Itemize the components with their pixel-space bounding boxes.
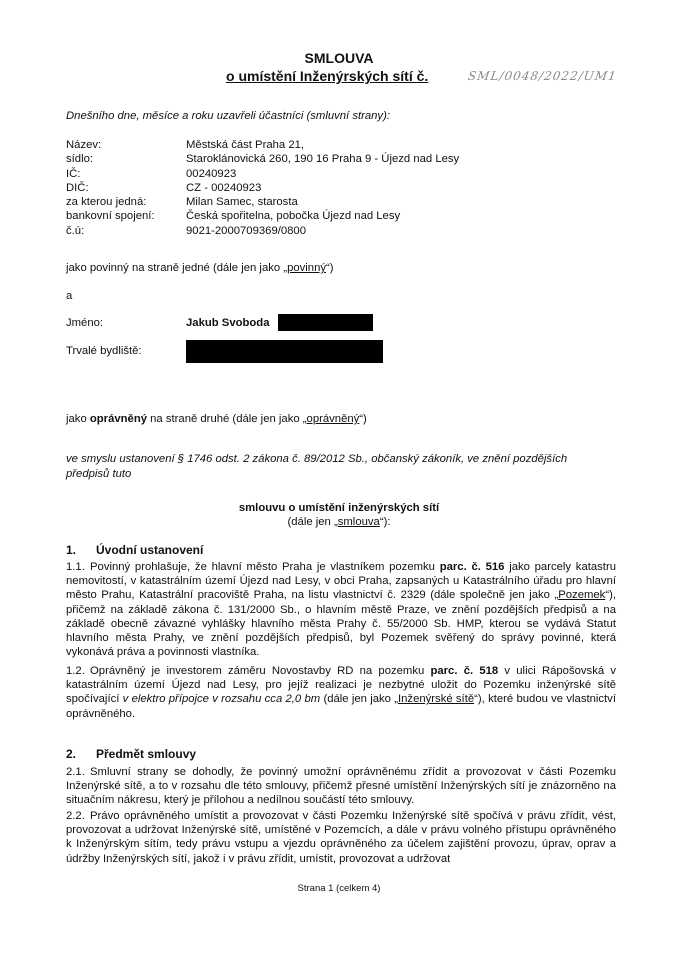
party1-details: Název:Městská část Praha 21, sídlo:Staro…	[66, 138, 459, 238]
party1-row: za kterou jedná:Milan Samec, starosta	[66, 195, 459, 209]
intro-text: Dnešního dne, měsíce a roku uzavřeli úča…	[66, 110, 390, 122]
conjunction-and: a	[66, 290, 72, 302]
redaction-box	[186, 340, 383, 363]
section-heading-2: 2.Předmět smlouvy	[66, 747, 196, 761]
redaction-box	[278, 314, 373, 331]
paragraph-2-1: 2.1.Smluvní strany se dohodly, že povinn…	[66, 765, 616, 808]
section-heading-1: 1.Úvodní ustanovení	[66, 543, 203, 557]
party1-row: sídlo:Staroklánovická 260, 190 16 Praha …	[66, 152, 459, 166]
party1-row: IČ:00240923	[66, 167, 459, 181]
page-footer: Strana 1 (celkem 4)	[0, 883, 678, 894]
party2-address-label: Trvalé bydliště:	[66, 345, 142, 357]
contract-heading: smlouvu o umístění inženýrských sítí	[0, 502, 678, 514]
paragraph-2-2: 2.2.Právo oprávněného umístit a provozov…	[66, 809, 616, 866]
party2-role: jako oprávněný na straně druhé (dále jen…	[66, 413, 367, 425]
handwritten-contract-number: SML/0048/2022/UM1	[467, 69, 618, 83]
paragraph-1-2: 1.2.Oprávněný je investorem záměru Novos…	[66, 664, 616, 721]
party1-role: jako povinný na straně jedné (dále jen j…	[66, 262, 334, 274]
party2-name-value: Jakub Svoboda	[186, 317, 270, 329]
party1-row: bankovní spojení:Česká spořitelna, poboč…	[66, 209, 459, 223]
party1-row: Název:Městská část Praha 21,	[66, 138, 459, 152]
party2-name-label: Jméno:	[66, 317, 103, 329]
legal-basis-line2: předpisů tuto	[66, 468, 131, 480]
document-title: SMLOUVA	[0, 50, 678, 66]
legal-basis-line1: ve smyslu ustanovení § 1746 odst. 2 záko…	[66, 453, 567, 465]
document-subtitle: o umístění Inženýrských sítí č.	[226, 68, 428, 84]
party1-row: č.ú:9021-2000709369/0800	[66, 224, 459, 238]
party1-row: DIČ:CZ - 00240923	[66, 181, 459, 195]
paragraph-1-1: 1.1.Povinný prohlašuje, že hlavní město …	[66, 560, 616, 659]
contract-alias: (dále jen „smlouva“):	[0, 516, 678, 528]
